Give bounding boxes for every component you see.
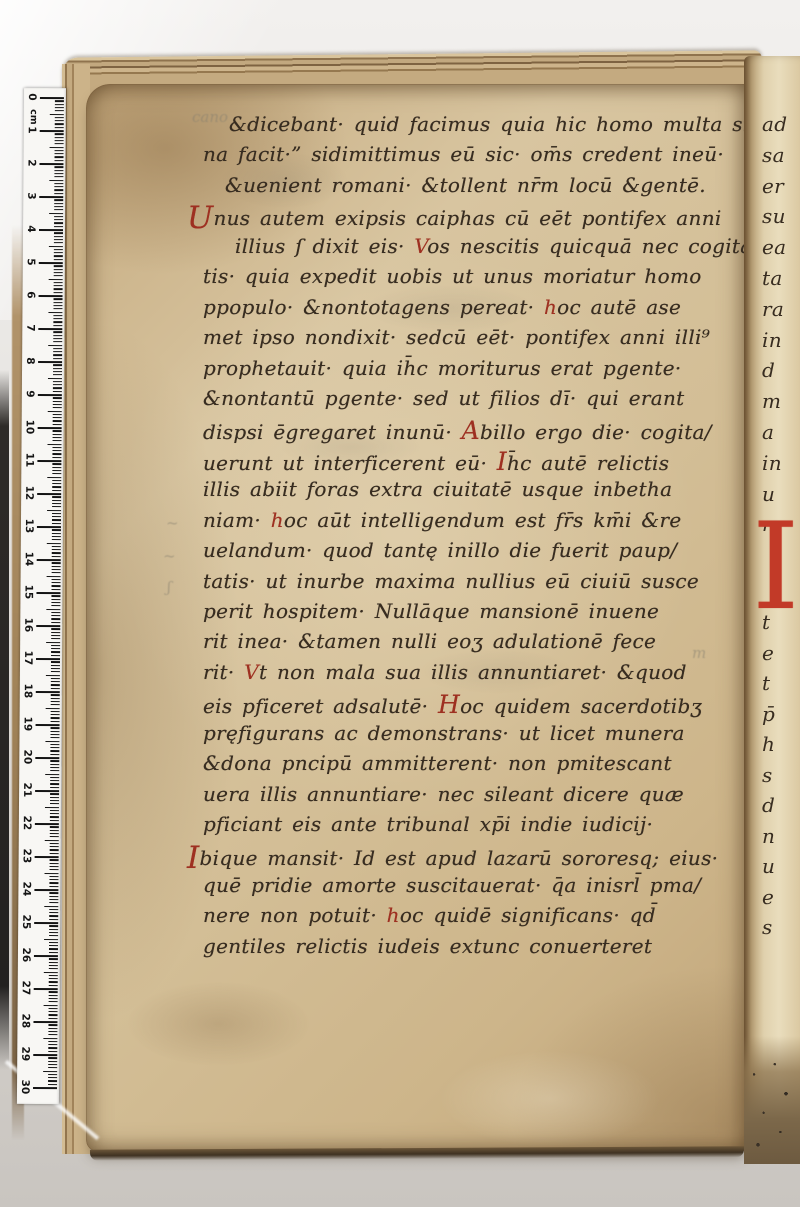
- ruler-tick-mm: [51, 648, 60, 649]
- manuscript-line: met ipso nondixit· sedcū eēt· pontifex a…: [203, 325, 763, 355]
- ruler-tick-mm: [55, 156, 64, 157]
- facing-line-fragment: e: [762, 641, 800, 672]
- ruler-tick-mm: [52, 496, 61, 497]
- ruler-tick-half: [44, 939, 58, 941]
- ruler-tick-mm: [53, 305, 62, 306]
- ruler-tick-mm: [52, 536, 61, 537]
- text-segment: illius ſ dixit eis·: [235, 234, 414, 258]
- manuscript-line: rit inea· &tamen nulli eoʒ adulationē fe…: [203, 629, 763, 659]
- ruler-tick-mm: [54, 176, 63, 177]
- ruler-tick-half: [48, 378, 62, 380]
- ruler-tick-mm: [51, 589, 60, 590]
- ruler-tick-mm: [50, 866, 59, 867]
- ruler-tick-mm: [49, 948, 58, 949]
- ruler-number: 26: [20, 947, 32, 963]
- ruler-tick-mm: [49, 892, 58, 893]
- ruler-tick-mm: [50, 780, 59, 781]
- ruler-tick-mm: [51, 701, 60, 702]
- ruler-tick-mm: [50, 859, 59, 860]
- text-segment: oc autē ase: [557, 295, 681, 319]
- ruler-tick-half: [46, 642, 60, 644]
- ruler-tick-mm: [49, 932, 58, 933]
- ruler-number: 0: [26, 89, 38, 105]
- ruler-tick-cm: [37, 559, 61, 561]
- ruler-tick-mm: [54, 173, 63, 174]
- manuscript-line: perit hospitem· Nullāque mansionē inuene: [203, 599, 763, 629]
- ruler-tick-mm: [51, 704, 60, 705]
- ruler-tick-mm: [53, 341, 62, 342]
- ruler-tick-mm: [54, 183, 63, 184]
- ruler-tick-mm: [52, 519, 61, 520]
- ruler-tick-mm: [52, 569, 61, 570]
- facing-line-fragment: d: [762, 793, 800, 824]
- ruler-tick-mm: [53, 384, 62, 385]
- ruler-tick-mm: [50, 843, 59, 844]
- text-segment: prophetauit· quia ih̄c moriturus erat pg…: [203, 356, 682, 380]
- ruler-tick-mm: [54, 249, 63, 250]
- ruler-tick-mm: [52, 486, 61, 487]
- facing-line-fragment: s: [762, 915, 800, 946]
- text-segment: uera illis annuntiare· nec sileant dicer…: [203, 782, 684, 806]
- ruler-tick-cm: [36, 592, 60, 594]
- ruler-tick-mm: [52, 480, 61, 481]
- ruler-tick-mm: [52, 463, 61, 464]
- ruler-tick-mm: [49, 975, 58, 976]
- ruler-tick-mm: [53, 397, 62, 398]
- rubric-letter: A: [462, 416, 480, 445]
- ruler-tick-mm: [51, 638, 60, 639]
- ruler-tick-mm: [51, 681, 60, 682]
- ruler-tick-half: [45, 807, 59, 809]
- ruler-tick-cm: [39, 196, 63, 198]
- ruler-tick-mm: [51, 645, 60, 646]
- ruler-number: 14: [23, 551, 35, 567]
- ruler-tick-mm: [48, 1057, 57, 1058]
- ruler-tick-mm: [49, 919, 58, 920]
- ruler-tick-mm: [50, 853, 59, 854]
- ruler-tick-mm: [49, 995, 58, 996]
- ruler-tick-mm: [52, 549, 61, 550]
- ruler-tick-mm: [49, 962, 58, 963]
- ruler-tick-mm: [49, 886, 58, 887]
- ruler-tick-mm: [50, 820, 59, 821]
- marginal-gloss: cano: [192, 108, 228, 126]
- ruler: cm 0123456789101112131415161718192021222…: [17, 88, 66, 1104]
- facing-line-fragment: p̄: [762, 702, 800, 733]
- ruler-tick-mm: [51, 688, 60, 689]
- ruler-tick-mm: [49, 929, 58, 930]
- ruler-tick-mm: [51, 661, 60, 662]
- ruler-tick-mm: [51, 698, 60, 699]
- ruler-tick-cm: [36, 625, 60, 627]
- ruler-tick-mm: [50, 760, 59, 761]
- ruler-tick-mm: [49, 935, 58, 936]
- ruler-number: 15: [22, 584, 34, 600]
- ruler-tick-cm: [36, 658, 60, 660]
- facing-line-fragment: t: [762, 671, 800, 702]
- ruler-tick-cm: [38, 427, 62, 429]
- manuscript-line: Unus autem exipsis caiphas cū eēt pontif…: [203, 203, 763, 233]
- ruler-tick-mm: [48, 1061, 57, 1062]
- ruler-tick-half: [49, 213, 63, 215]
- ruler-tick-mm: [54, 239, 63, 240]
- ruler-tick-half: [48, 312, 62, 314]
- ruler-tick-mm: [54, 199, 63, 200]
- facing-page: adsaersueataraindmainun I tetp̄hsdnues: [744, 56, 800, 1164]
- ruler-tick-half: [49, 246, 63, 248]
- text-segment: na facit·” sidimittimus eū sic· om̄s cre…: [203, 142, 724, 166]
- ruler-tick-mm: [48, 1028, 57, 1029]
- ruler-tick-mm: [49, 978, 58, 979]
- ruler-tick-cm: [40, 130, 64, 132]
- text-segment: bique mansit· Id est apud lazarū sorores…: [200, 846, 719, 870]
- ruler-tick-mm: [51, 618, 60, 619]
- ruler-number: 24: [20, 881, 32, 897]
- manuscript-line: rit· Vt non mala sua illis annuntiaret· …: [203, 660, 763, 690]
- ruler-number: 8: [24, 353, 36, 369]
- ruler-tick-mm: [52, 546, 61, 547]
- ruler-tick-mm: [52, 490, 61, 491]
- ruler-tick-mm: [48, 1064, 57, 1065]
- ruler-tick-mm: [50, 777, 59, 778]
- ruler-tick-mm: [53, 302, 62, 303]
- text-segment: t non mala sua illis annuntiaret· &quod: [259, 660, 687, 684]
- ruler-tick-mm: [52, 585, 61, 586]
- ruler-tick-mm: [52, 450, 61, 451]
- ruler-tick-mm: [53, 358, 62, 359]
- ruler-tick-mm: [55, 143, 64, 144]
- ruler-tick-mm: [49, 915, 58, 916]
- marginal-gloss: ~: [163, 547, 176, 565]
- ruler-tick-mm: [49, 899, 58, 900]
- ruler-tick-mm: [52, 503, 61, 504]
- ruler-tick-mm: [53, 374, 62, 375]
- manuscript-line: &nontantū pgente· sed ut filios dī· qui …: [203, 386, 763, 416]
- ruler-tick-mm: [49, 942, 58, 943]
- ruler-tick-mm: [51, 622, 60, 623]
- ruler-tick-mm: [53, 434, 62, 435]
- text-segment: nere non potuit·: [203, 903, 387, 927]
- ruler-tick-half: [47, 477, 61, 479]
- ruler-tick-cm: [38, 361, 62, 363]
- text-segment: &uenient romani· &tollent nr̄m locū &gen…: [225, 173, 706, 197]
- ruler-tick-mm: [48, 1077, 57, 1078]
- ruler-tick-mm: [55, 117, 64, 118]
- ruler-tick-mm: [53, 331, 62, 332]
- ruler-number: 4: [25, 221, 37, 237]
- ruler-tick-mm: [52, 513, 61, 514]
- rubric-letter: I: [187, 843, 200, 874]
- rubric-letter: V: [414, 234, 427, 258]
- ruler-number: 12: [23, 485, 35, 501]
- text-segment: quē pridie amorte suscitauerat· q̄a inis…: [203, 873, 701, 897]
- ruler-tick-mm: [52, 523, 61, 524]
- text-segment: tatis· ut inurbe maxima nullius eū ciuiū…: [203, 569, 699, 593]
- ruler-tick-mm: [53, 401, 62, 402]
- facing-line-fragment: ea: [762, 235, 800, 266]
- ruler-tick-mm: [53, 424, 62, 425]
- text-segment: illis abiit foras extra ciuitatē usque i…: [203, 477, 672, 501]
- ruler-tick-cm: [39, 295, 63, 297]
- manuscript-line: pręfigurans ac demonstrans· ut licet mun…: [203, 721, 763, 751]
- ruler-tick-mm: [53, 351, 62, 352]
- marginal-gloss: m: [692, 644, 706, 662]
- manuscript-text: &dicebant· quid facimus quia hic homo mu…: [203, 112, 763, 964]
- ruler-tick-mm: [49, 879, 58, 880]
- ruler-tick-mm: [55, 153, 64, 154]
- text-segment: nus autem exipsis caiphas cū eēt pontife…: [213, 206, 721, 230]
- manuscript-line: uelandum· quod tantę inillo die fuerit p…: [203, 538, 763, 568]
- ruler-tick-mm: [49, 998, 58, 999]
- facing-line-fragment: n: [762, 824, 800, 855]
- ruler-tick-mm: [54, 209, 63, 210]
- ruler-tick-half: [47, 510, 61, 512]
- text-segment: rit inea· &tamen nulli eoʒ adulationē fe…: [203, 629, 656, 653]
- ruler-tick-mm: [51, 602, 60, 603]
- ruler-tick-cm: [39, 262, 63, 264]
- ruler-tick-mm: [48, 1024, 57, 1025]
- ruler-tick-mm: [50, 754, 59, 755]
- ruler-tick-mm: [53, 335, 62, 336]
- ruler-tick-mm: [54, 265, 63, 266]
- ruler-tick-cm: [36, 724, 60, 726]
- text-segment: billo ergo die· cogita/: [480, 420, 712, 444]
- ruler-number: 16: [22, 617, 34, 633]
- ruler-tick-mm: [49, 945, 58, 946]
- ruler-tick-mm: [49, 968, 58, 969]
- ruler-tick-mm: [54, 166, 63, 167]
- ruler-number: 28: [19, 1013, 31, 1029]
- ruler-tick-mm: [49, 909, 58, 910]
- ruler-tick-mm: [48, 1067, 57, 1068]
- ruler-tick-mm: [52, 533, 61, 534]
- ruler-tick-mm: [54, 292, 63, 293]
- text-segment: uerunt ut interficerent eū·: [203, 451, 497, 475]
- ruler-tick-half: [45, 840, 59, 842]
- rubric-letter: h: [271, 508, 284, 532]
- manuscript-line: tis· quia expedit uobis ut unus moriatur…: [203, 264, 763, 294]
- ruler-tick-mm: [50, 833, 59, 834]
- text-segment: oc quidē significans· qd̄: [400, 903, 656, 927]
- ruler-tick-mm: [49, 925, 58, 926]
- ruler-tick-mm: [52, 447, 61, 448]
- ruler-tick-mm: [48, 1044, 57, 1045]
- facing-line-fragment: s: [762, 763, 800, 794]
- ruler-number: 18: [22, 683, 34, 699]
- ruler-tick-mm: [48, 1051, 57, 1052]
- text-segment: pręfigurans ac demonstrans· ut licet mun…: [203, 721, 685, 745]
- ruler-number: 23: [21, 848, 33, 864]
- ruler-tick-mm: [52, 470, 61, 471]
- ruler-tick-mm: [52, 539, 61, 540]
- ruler-tick-mm: [50, 747, 59, 748]
- ruler-tick-mm: [51, 595, 60, 596]
- ruler-tick-mm: [49, 1011, 58, 1012]
- ruler-tick-mm: [49, 1014, 58, 1015]
- ruler-tick-mm: [51, 632, 60, 633]
- ruler-tick-mm: [52, 552, 61, 553]
- ruler-tick-mm: [50, 800, 59, 801]
- ruler-tick-mm: [53, 364, 62, 365]
- ruler-tick-mm: [51, 605, 60, 606]
- ruler-tick-mm: [48, 1074, 57, 1075]
- ruler-tick-mm: [52, 556, 61, 557]
- ruler-tick-half: [43, 1071, 57, 1073]
- ruler-tick-mm: [51, 671, 60, 672]
- ruler-tick-mm: [49, 991, 58, 992]
- manuscript-line: gentiles relictis iudeis extunc conuerte…: [203, 934, 763, 964]
- ruler-tick-mm: [50, 863, 59, 864]
- ruler-tick-mm: [50, 744, 59, 745]
- facing-line-fragment: ad: [762, 112, 800, 143]
- rubric-letter: U: [187, 203, 213, 234]
- ruler-tick-mm: [53, 325, 62, 326]
- text-segment: met ipso nondixit· sedcū eēt· pontifex a…: [203, 325, 710, 349]
- rubric-letter: h: [544, 295, 557, 319]
- ruler-tick-half: [45, 873, 59, 875]
- text-segment: &dona pncipū ammitterent· non pmitescant: [203, 751, 672, 775]
- ruler-tick-mm: [49, 985, 58, 986]
- ruler-tick-mm: [50, 770, 59, 771]
- ruler-tick-mm: [54, 219, 63, 220]
- manuscript-line: &dicebant· quid facimus quia hic homo mu…: [203, 112, 763, 142]
- ruler-number: 20: [21, 749, 33, 765]
- ruler-tick-mm: [55, 127, 64, 128]
- ruler-tick-cm: [38, 328, 62, 330]
- ruler-tick-half: [45, 741, 59, 743]
- ruler-tick-half: [46, 675, 60, 677]
- ruler-tick-mm: [53, 338, 62, 339]
- manuscript-line: tatis· ut inurbe maxima nullius eū ciuiū…: [203, 569, 763, 599]
- ruler-tick-cm: [35, 790, 59, 792]
- ruler-tick-mm: [51, 668, 60, 669]
- ruler-number: 22: [21, 815, 33, 831]
- ruler-tick-half: [48, 444, 62, 446]
- ruler-tick-mm: [53, 371, 62, 372]
- ruler-tick-mm: [51, 655, 60, 656]
- ruler-tick-mm: [51, 665, 60, 666]
- manuscript-line: prophetauit· quia ih̄c moriturus erat pg…: [203, 356, 763, 386]
- ruler-tick-mm: [54, 222, 63, 223]
- ruler-tick-mm: [52, 453, 61, 454]
- ruler-tick-half: [48, 411, 62, 413]
- ruler-tick-mm: [50, 849, 59, 850]
- ruler-tick-mm: [49, 958, 58, 959]
- text-segment: oc quidem sacerdotibʒ: [460, 694, 702, 718]
- text-segment: &nontantū pgente· sed ut filios dī· qui …: [203, 386, 685, 410]
- manuscript-line: Ibique mansit· Id est apud lazarū sorore…: [203, 843, 763, 873]
- ruler-tick-mm: [50, 797, 59, 798]
- text-segment: rit·: [203, 660, 244, 684]
- facing-line-fragment: su: [762, 204, 800, 235]
- facing-line-fragment: ta: [762, 266, 800, 297]
- text-segment: pficiant eis ante tribunal xp̄i indie iu…: [203, 812, 653, 836]
- ruler-tick-cm: [39, 163, 63, 165]
- ruler-tick-mm: [50, 793, 59, 794]
- ruler-tick-mm: [55, 133, 64, 134]
- facing-line-fragment: in: [762, 328, 800, 359]
- rubric-letter: I: [497, 447, 507, 476]
- ruler-tick-mm: [53, 318, 62, 319]
- ruler-tick-mm: [54, 259, 63, 260]
- ruler-number: 6: [24, 287, 36, 303]
- ruler-tick-mm: [55, 150, 64, 151]
- ruler-tick-mm: [51, 678, 60, 679]
- manuscript-page: &dicebant· quid facimus quia hic homo mu…: [86, 84, 748, 1152]
- ruler-tick-half: [47, 543, 61, 545]
- ruler-tick-mm: [53, 315, 62, 316]
- ruler-tick-mm: [54, 186, 63, 187]
- facing-fragments-bottom: tetp̄hsdnues: [762, 610, 800, 946]
- text-segment: perit hospitem· Nullāque mansionē inuene: [203, 599, 659, 623]
- ruler-tick-mm: [53, 321, 62, 322]
- ruler-tick-mm: [51, 635, 60, 636]
- ruler-number: 5: [25, 254, 37, 270]
- ruler-tick-mm: [53, 404, 62, 405]
- ruler-tick-mm: [48, 1031, 57, 1032]
- ruler-tick-mm: [54, 282, 63, 283]
- ruler-number: 17: [22, 650, 34, 666]
- ruler-tick-mm: [49, 882, 58, 883]
- ruler-tick-mm: [48, 1034, 57, 1035]
- ruler-tick-mm: [49, 981, 58, 982]
- marginal-gloss: ʃ: [167, 578, 171, 596]
- ruler-tick-cm: [34, 889, 58, 891]
- ruler-tick-half: [49, 180, 63, 182]
- ruler-tick-mm: [54, 236, 63, 237]
- manuscript-line: ppopulo· &nontotagens pereat· hoc autē a…: [203, 295, 763, 325]
- ruler-tick-mm: [52, 500, 61, 501]
- ruler-tick-mm: [52, 582, 61, 583]
- ruler-number: 13: [23, 518, 35, 534]
- ruler-tick-cm: [37, 460, 61, 462]
- text-segment: niam·: [203, 508, 271, 532]
- ruler-tick-mm: [52, 529, 61, 530]
- manuscript-line: pficiant eis ante tribunal xp̄i indie iu…: [203, 812, 763, 842]
- text-segment: tis· quia expedit uobis ut unus moriatur…: [203, 264, 702, 288]
- ruler-tick-cm: [37, 493, 61, 495]
- facing-fragments-top: adsaersueataraindmainun: [762, 112, 800, 543]
- ruler-tick-cm: [35, 856, 59, 858]
- ruler-tick-mm: [51, 714, 60, 715]
- ruler-number: 9: [24, 386, 36, 402]
- rubric-letter: H: [438, 690, 460, 719]
- ruler-tick-mm: [54, 242, 63, 243]
- ruler-tick-half: [50, 147, 64, 149]
- manuscript-line: na facit·” sidimittimus eū sic· om̄s cre…: [203, 142, 763, 172]
- ruler-tick-mm: [50, 810, 59, 811]
- ruler-tick-mm: [50, 764, 59, 765]
- ruler-tick-mm: [53, 440, 62, 441]
- ruler-tick-mm: [54, 275, 63, 276]
- ruler-tick-mm: [50, 846, 59, 847]
- ruler-tick-mm: [53, 430, 62, 431]
- ruler-tick-mm: [50, 737, 59, 738]
- ruler-tick-mm: [49, 1008, 58, 1009]
- ruler-number: 1: [26, 122, 38, 138]
- ruler-tick-mm: [53, 308, 62, 309]
- ruler-tick-mm: [50, 783, 59, 784]
- ruler-tick-mm: [54, 298, 63, 299]
- ruler-tick-mm: [54, 272, 63, 273]
- ruler-tick-cm: [37, 526, 61, 528]
- manuscript-line: eis pficeret adsalutē· Hoc quidem sacerd…: [203, 690, 763, 720]
- ruler-tick-half: [48, 345, 62, 347]
- text-segment: &dicebant· quid facimus quia hic homo mu…: [229, 112, 770, 136]
- ruler-tick-mm: [54, 226, 63, 227]
- ruler-tick-cm: [34, 988, 58, 990]
- text-segment: os nescitis quicquā nec cogita/: [427, 234, 759, 258]
